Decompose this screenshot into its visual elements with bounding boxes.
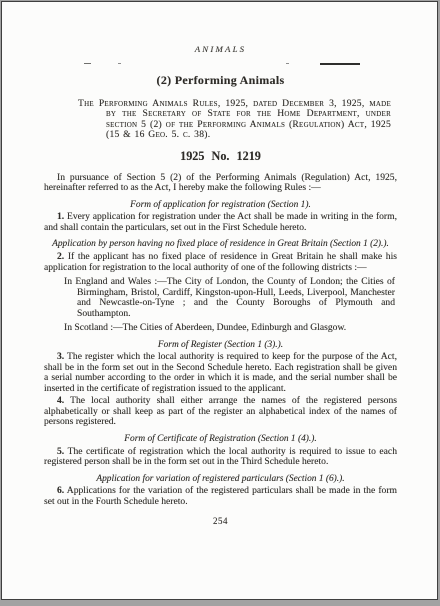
rule-text-4: The local authority shall either arrange… bbox=[44, 395, 397, 427]
rule-text-6: Applications for the variation of the re… bbox=[44, 485, 397, 507]
rule-heading-3: Form of Register (Section 1 (3).). bbox=[44, 340, 397, 351]
rule-heading-4: Form of Certificate of Registration (Sec… bbox=[44, 434, 397, 445]
district-england-wales: In England and Wales :—The City of Londo… bbox=[64, 277, 395, 319]
page-content: ANIMALS (2) Performing Animals The Perfo… bbox=[2, 2, 437, 527]
rule-paragraph-2: 2. If the applicant has no fixed place o… bbox=[44, 252, 397, 273]
district-scotland: In Scotland :—The Cities of Aberdeen, Du… bbox=[64, 323, 395, 334]
divider-segment bbox=[84, 63, 91, 64]
rule-paragraph-3: 3. The register which the local authorit… bbox=[44, 352, 397, 394]
rule-heading-1: Form of application for registration (Se… bbox=[44, 200, 397, 211]
rule-text-2: If the applicant has no fixed place of r… bbox=[44, 251, 397, 273]
rule-number-6: 6. bbox=[57, 485, 64, 496]
document-page: ANIMALS (2) Performing Animals The Perfo… bbox=[1, 1, 438, 600]
rule-paragraph-5: 5. The certificate of registration which… bbox=[44, 447, 397, 468]
rule-paragraph-1: 1. Every application for registration un… bbox=[44, 212, 397, 233]
rule-paragraph-4: 4. The local authority shall either arra… bbox=[44, 396, 397, 428]
instrument-number: 1925 No. 1219 bbox=[44, 150, 397, 163]
page-number: 254 bbox=[44, 516, 397, 527]
faded-divider bbox=[44, 63, 397, 65]
preamble-paragraph: In pursuance of Section 5 (2) of the Per… bbox=[44, 173, 397, 194]
divider-segment bbox=[320, 63, 360, 65]
rule-text-1: Every application for registration under… bbox=[44, 211, 397, 233]
rule-text-5: The certificate of registration which th… bbox=[44, 446, 397, 468]
rule-number-1: 1. bbox=[57, 211, 64, 222]
rule-heading-2: Application by person having no fixed pl… bbox=[44, 239, 397, 250]
rule-number-2: 2. bbox=[57, 251, 64, 262]
rule-heading-5: Application for variation of registered … bbox=[44, 474, 397, 485]
rule-number-3: 3. bbox=[57, 351, 64, 362]
rule-paragraph-6: 6. Applications for the variation of the… bbox=[44, 486, 397, 507]
divider-segment bbox=[286, 63, 289, 64]
rule-text-3: The register which the local authority i… bbox=[44, 351, 397, 394]
section-title: (2) Performing Animals bbox=[44, 74, 397, 87]
rule-number-4: 4. bbox=[57, 395, 64, 406]
citation-paragraph: The Performing Animals Rules, 1925, date… bbox=[78, 99, 391, 141]
divider-segment bbox=[118, 63, 121, 64]
running-header: ANIMALS bbox=[44, 44, 397, 55]
